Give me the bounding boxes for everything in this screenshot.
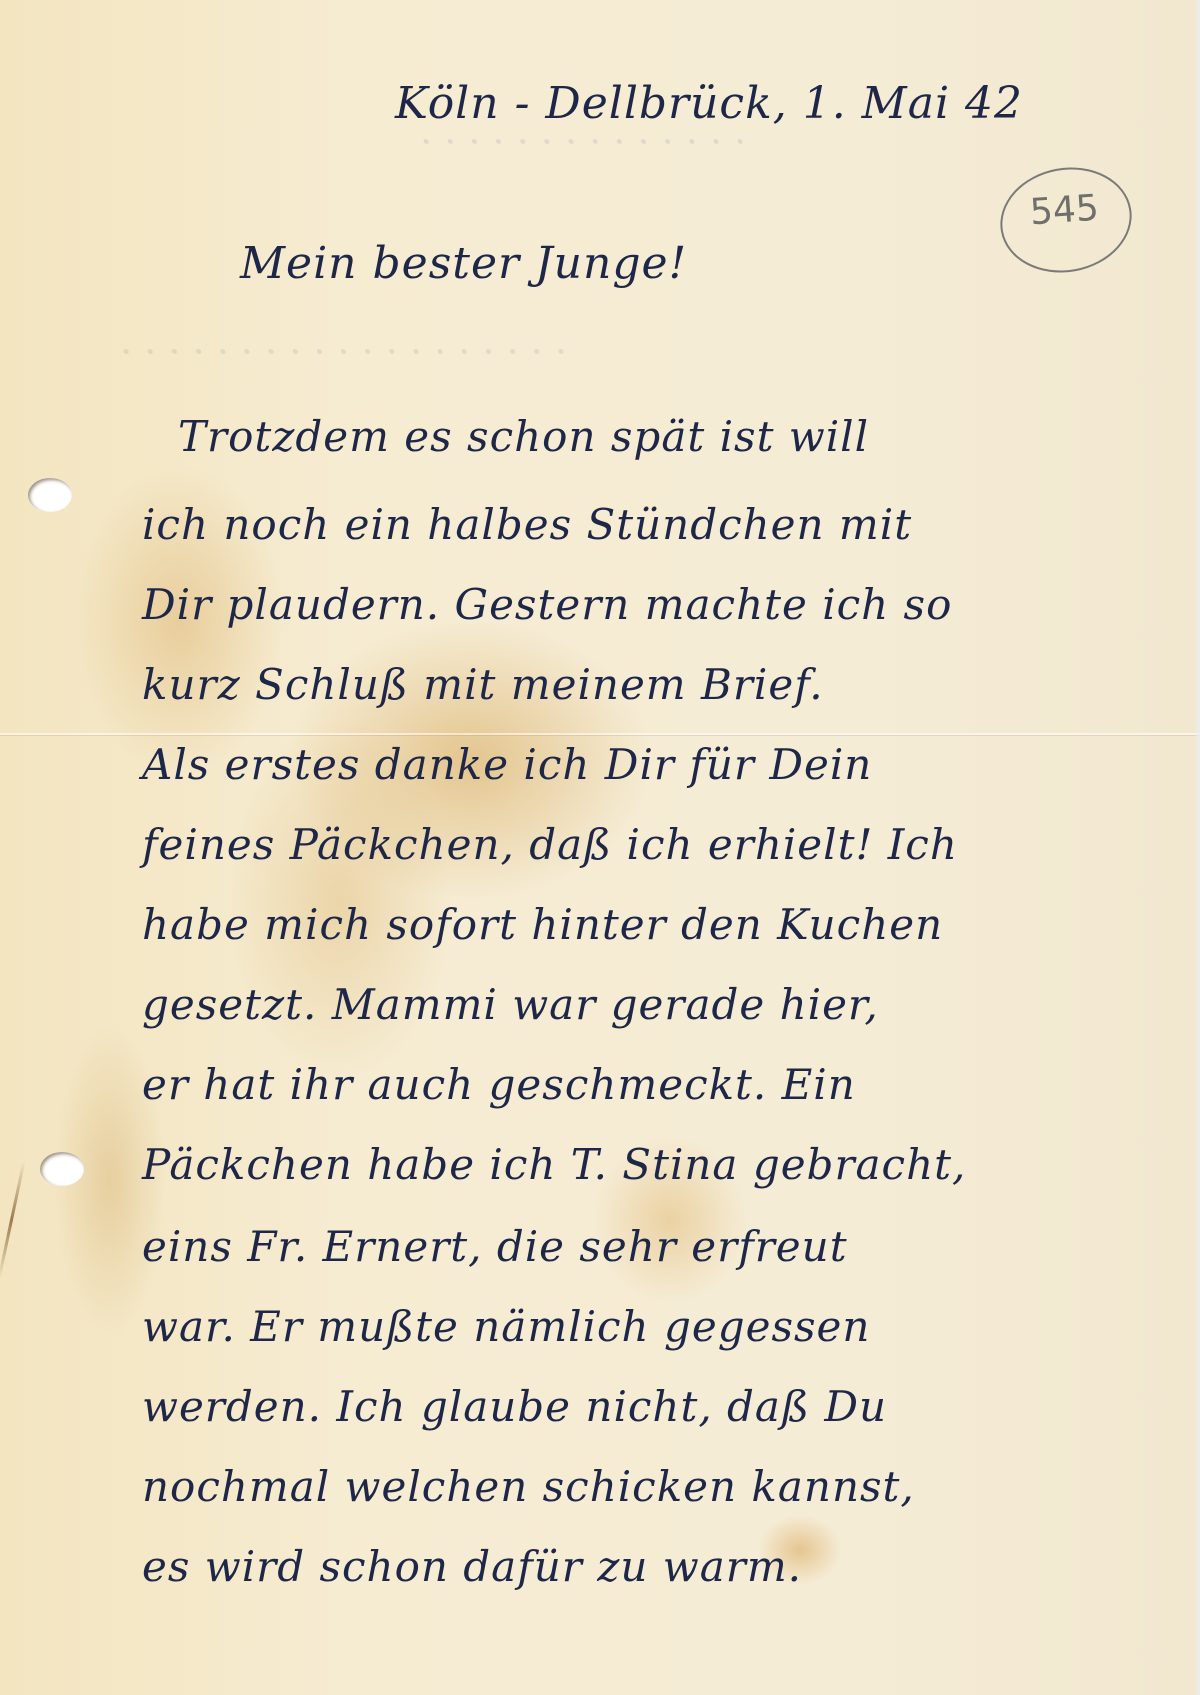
punch-hole-top [28,478,72,512]
letter-line: ich noch ein halbes Stündchen mit [142,500,912,549]
paper-fold-line [0,733,1200,735]
letter-line: habe mich sofort hinter den Kuchen [142,900,943,949]
letter-line: Als erstes danke ich Dir für Dein [142,740,872,789]
punch-hole-bottom [40,1152,84,1186]
letter-line: Päckchen habe ich T. Stina gebracht, [142,1140,966,1189]
bleed-through-text: · · · · · · · · · · · · · · · · · · · [120,330,567,374]
letter-line: er hat ihr auch geschmeckt. Ein [142,1060,856,1109]
letter-line: eins Fr. Ernert, die sehr erfreut [142,1222,848,1271]
letter-line: Trotzdem es schon spät ist will [178,412,869,461]
letter-line: werden. Ich glaube nicht, daß Du [142,1382,887,1431]
letter-page: · · · · · · · · · · · · · · · · · · · · … [0,0,1200,1695]
place-and-date: Köln - Dellbrück, 1. Mai 42 [395,78,1023,129]
paper-edge [1194,0,1200,1695]
letter-line: kurz Schluß mit meinem Brief. [142,660,824,709]
salutation: Mein bester Junge! [240,238,687,289]
letter-line: gesetzt. Mammi war gerade hier, [142,980,879,1029]
paper-crease [0,1161,25,1279]
letter-line: es wird schon dafür zu warm. [142,1542,802,1591]
letter-line: nochmal welchen schicken kannst, [142,1462,915,1511]
letter-line: Dir plaudern. Gestern machte ich so [142,580,952,629]
letter-line: feines Päckchen, daß ich erhielt! Ich [142,820,958,869]
letter-line: war. Er mußte nämlich gegessen [142,1302,870,1351]
archive-number: 545 [1029,188,1100,234]
